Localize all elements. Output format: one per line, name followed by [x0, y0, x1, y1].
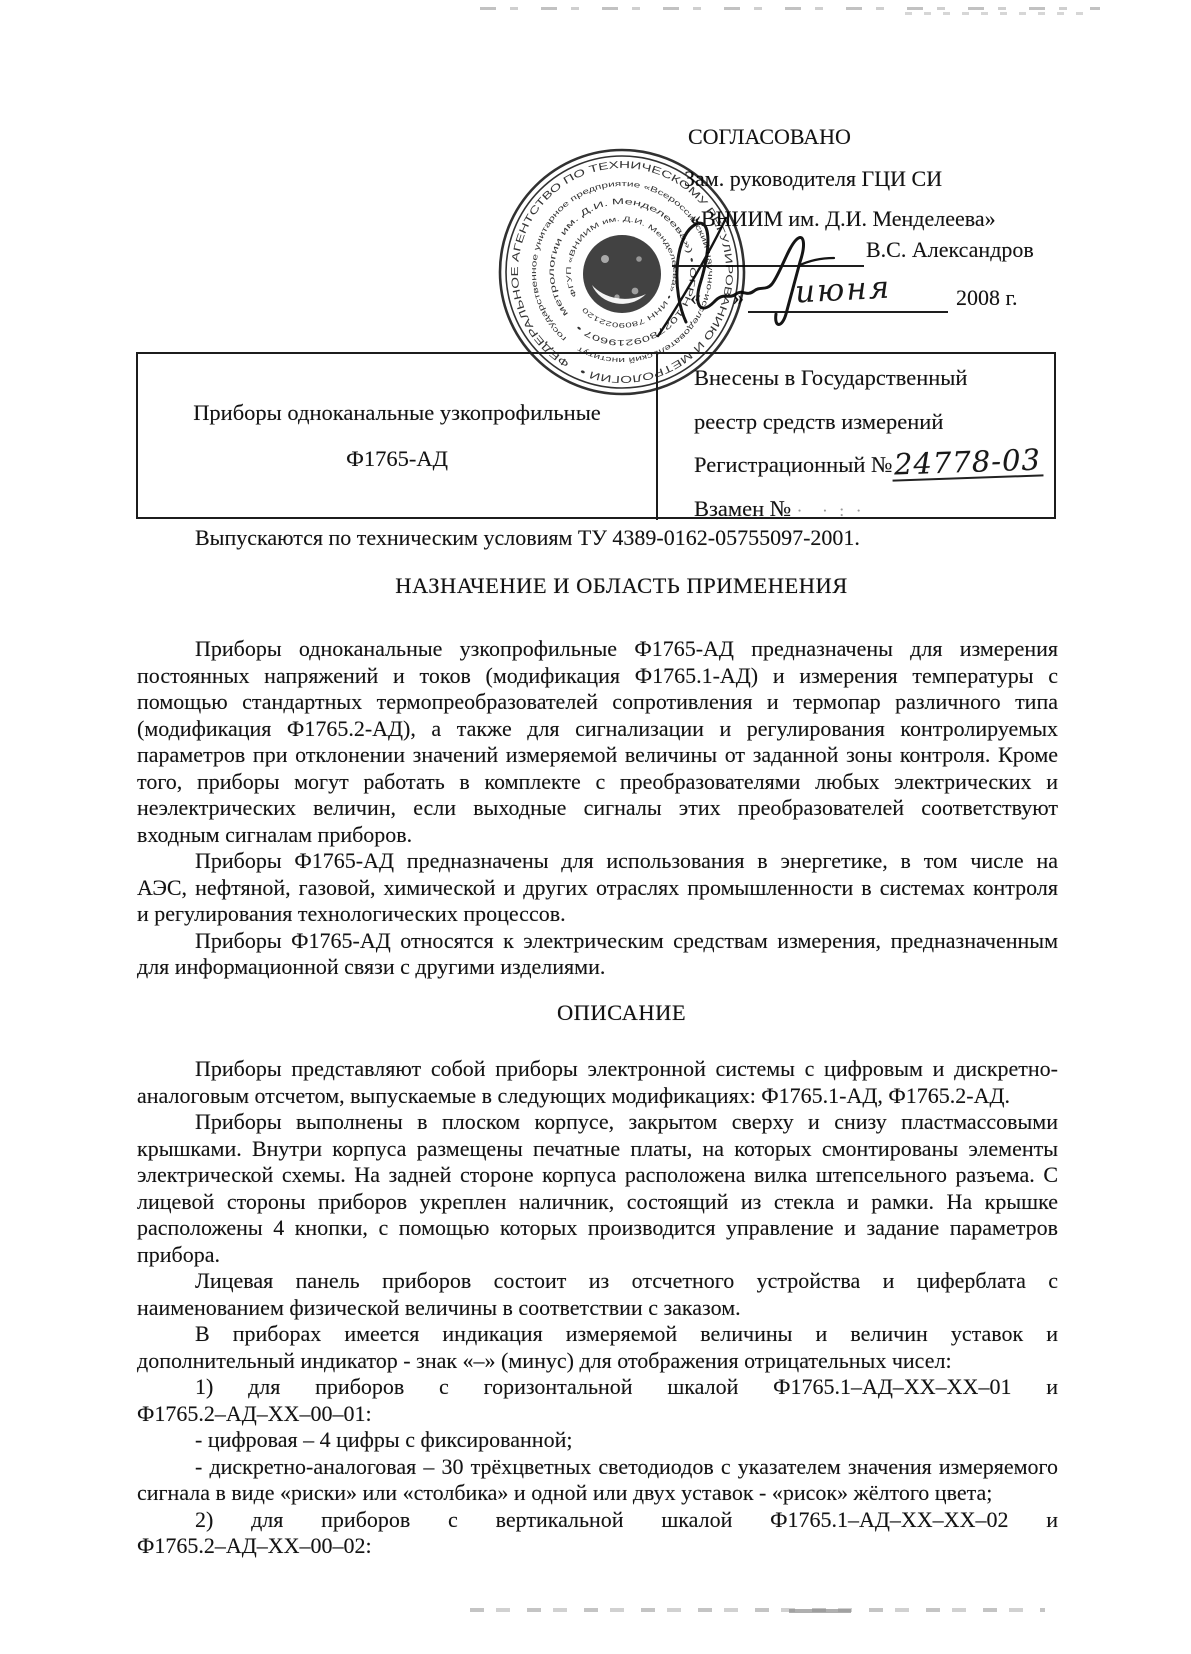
paragraph-line: сигнала в виде «риски» или «столбика» и …	[137, 1480, 1058, 1507]
paragraph-line: АЭС, нефтяной, газовой, химической и дру…	[137, 875, 1058, 902]
paragraph-line: наименованием физической величины в соот…	[137, 1295, 1058, 1322]
paragraph-line: В приборах имеется индикация измеряемой …	[137, 1321, 1058, 1348]
section-description-body: Приборы представляют собой приборы элект…	[137, 1056, 1058, 1560]
paragraph-line: Ф1765.2–АД–ХХ–00–02:	[137, 1533, 1058, 1560]
section-heading-purpose: НАЗНАЧЕНИЕ И ОБЛАСТЬ ПРИМЕНЕНИЯ	[137, 573, 1058, 599]
paragraph-line: помощью стандартных термопреобразователе…	[137, 689, 1058, 716]
scan-noise-dots	[797, 503, 865, 520]
date-year: 2008 г.	[956, 285, 1018, 311]
paragraph-line: - цифровая – 4 цифры с фиксированной;	[137, 1427, 1058, 1454]
registry-line-1: Внесены в Государственный	[694, 356, 1054, 400]
section-purpose-body: Приборы одноканальные узкопрофильные Ф17…	[137, 636, 1058, 981]
paragraph-line: Приборы представляют собой приборы элект…	[137, 1056, 1058, 1083]
paragraph-line: (модификация Ф1765.2-АД), а также для си…	[137, 716, 1058, 743]
instrument-model: Ф1765-АД	[138, 436, 656, 482]
scan-artifact-bottom	[470, 1608, 1045, 1612]
paragraph-line: Приборы одноканальные узкопрофильные Ф17…	[137, 636, 1058, 663]
paragraph-line: - дискретно-аналоговая – 30 трёхцветных …	[137, 1454, 1058, 1481]
registration-number-handwritten: 24778-03	[892, 444, 1044, 481]
paragraph-line: прибора.	[137, 1242, 1058, 1269]
registration-number-label: Регистрационный №	[694, 452, 892, 477]
paragraph-line: Лицевая панель приборов состоит из отсче…	[137, 1268, 1058, 1295]
scan-artifact-bottom-2	[789, 1609, 851, 1613]
paragraph-line: 1) для приборов с горизонтальной шкалой …	[137, 1374, 1058, 1401]
paragraph-line: лицевой стороны приборов укреплен наличн…	[137, 1189, 1058, 1216]
paragraph-line: Приборы Ф1765-АД относятся к электрическ…	[137, 928, 1058, 955]
replaces-number-label: Взамен №	[694, 496, 791, 521]
document-page: СОГЛАСОВАНО Зам. руководителя ГЦИ СИ «ВН…	[0, 0, 1191, 1654]
paragraph-line: Приборы выполнены в плоском корпусе, зак…	[137, 1109, 1058, 1136]
paragraph-line: того, приборы могут работать в комплекте…	[137, 769, 1058, 796]
registry-line-2: реестр средств измерений	[694, 400, 1054, 444]
paragraph-line: и регулирования технологических процессо…	[137, 901, 1058, 928]
paragraph-line: аналоговым отсчетом, выпускаемые в следу…	[137, 1083, 1058, 1110]
scan-artifact-top	[480, 7, 1100, 10]
paragraph-line: неэлектрических величин, если выходные с…	[137, 795, 1058, 822]
registry-info-cell: Внесены в Государственный реестр средств…	[694, 356, 1054, 533]
paragraph-line: для информационной связи с другими издел…	[137, 954, 1058, 981]
technical-conditions-line: Выпускаются по техническим условиям ТУ 4…	[137, 525, 1058, 552]
paragraph-line: параметров при отклонении значений измер…	[137, 742, 1058, 769]
paragraph-line: дополнительный индикатор - знак «–» (мин…	[137, 1348, 1058, 1375]
paragraph-line: расположены 4 кнопки, с помощью которых …	[137, 1215, 1058, 1242]
scan-artifact-top-2	[905, 12, 1085, 15]
registry-box-divider	[656, 352, 658, 520]
instrument-title-cell: Приборы одноканальные узкопрофильные Ф17…	[138, 390, 656, 482]
signer-name: В.С. Александров	[866, 237, 1034, 263]
instrument-name: Приборы одноканальные узкопрофильные	[138, 390, 656, 436]
registration-number-row: Регистрационный №24778-03	[694, 443, 1054, 487]
paragraph-line: постоянных напряжений и токов (модификац…	[137, 663, 1058, 690]
paragraph-line: Ф1765.2–АД–ХХ–00–01:	[137, 1401, 1058, 1428]
paragraph-line: входным сигналам приборов.	[137, 822, 1058, 849]
paragraph-line: крышками. Внутри корпуса размещены печат…	[137, 1136, 1058, 1163]
stamp-eagle-emblem	[583, 235, 661, 313]
paragraph-line: электрической схемы. На задней стороне к…	[137, 1162, 1058, 1189]
section-heading-description: ОПИСАНИЕ	[137, 1000, 1058, 1026]
paragraph-line: Приборы Ф1765-АД предназначены для испол…	[137, 848, 1058, 875]
paragraph-line: 2) для приборов с вертикальной шкалой Ф1…	[137, 1507, 1058, 1534]
